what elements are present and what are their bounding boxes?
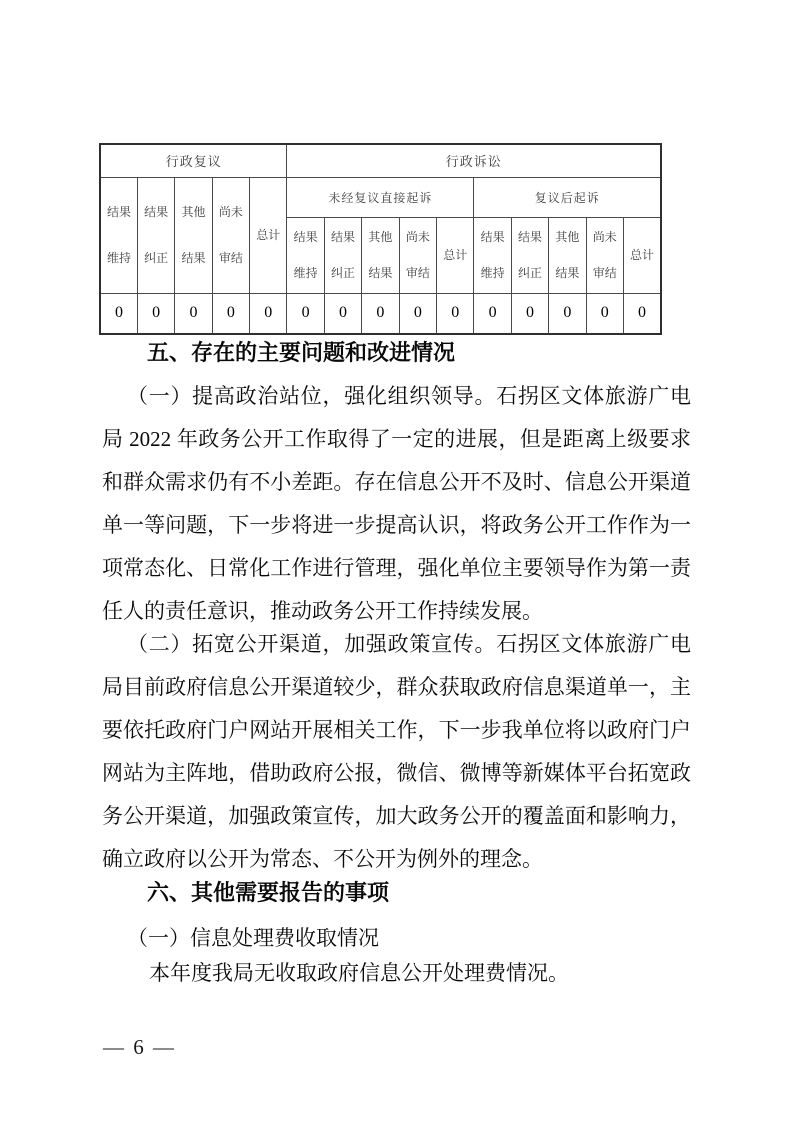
group-header-administrative-litigation: 行政诉讼	[287, 144, 661, 177]
page-number: — 6 —	[103, 1033, 176, 1061]
statistics-table: 行政复议 行政诉讼 结果 维持 结果 纠正 其他 结果 尚未 审结 总计 未经复…	[99, 143, 662, 335]
value-cell: 0	[437, 293, 474, 334]
header-result-upheld-after: 结果 维持	[474, 217, 511, 293]
header-total-after: 总计	[623, 217, 661, 293]
value-cell: 0	[137, 293, 174, 334]
header-total-direct: 总计	[437, 217, 474, 293]
value-cell: 0	[250, 293, 287, 334]
value-cell: 0	[100, 293, 137, 334]
group-header-administrative-reconsideration: 行政复议	[100, 144, 287, 177]
value-cell: 0	[212, 293, 249, 334]
header-result-corrected-after: 结果 纠正	[511, 217, 548, 293]
value-cell: 0	[324, 293, 361, 334]
section-6-paragraph-1: 本年度我局无收取政府信息公开处理费情况。	[102, 952, 691, 995]
value-cell: 0	[474, 293, 511, 334]
table-subgroup-header-row: 结果 维持 结果 纠正 其他 结果 尚未 审结 总计 未经复议直接起诉 复议后起…	[100, 177, 661, 217]
section-5-paragraph-2: （二）拓宽公开渠道，加强政策宣传。石拐区文体旅游广电局目前政府信息公开渠道较少，…	[102, 623, 691, 881]
header-not-concluded-after: 尚未 审结	[586, 217, 623, 293]
value-cell: 0	[399, 293, 436, 334]
value-cell: 0	[623, 293, 661, 334]
header-result-corrected-direct: 结果 纠正	[324, 217, 361, 293]
value-cell: 0	[287, 293, 324, 334]
document-page: 行政复议 行政诉讼 结果 维持 结果 纠正 其他 结果 尚未 审结 总计 未经复…	[0, 0, 793, 1122]
section-5-heading: 五、存在的主要问题和改进情况	[102, 332, 691, 375]
header-result-upheld-direct: 结果 维持	[287, 217, 324, 293]
value-cell: 0	[511, 293, 548, 334]
header-other-result-reconsideration: 其他 结果	[175, 177, 212, 293]
header-total-reconsideration: 总计	[250, 177, 287, 293]
header-not-concluded-reconsideration: 尚未 审结	[212, 177, 249, 293]
section-5-paragraph-1: （一）提高政治站位，强化组织领导。石拐区文体旅游广电局 2022 年政务公开工作…	[102, 375, 691, 633]
value-cell: 0	[362, 293, 399, 334]
header-result-corrected-reconsideration: 结果 纠正	[137, 177, 174, 293]
header-not-concluded-direct: 尚未 审结	[399, 217, 436, 293]
header-other-result-after: 其他 结果	[549, 217, 586, 293]
header-result-upheld-reconsideration: 结果 维持	[100, 177, 137, 293]
value-cell: 0	[586, 293, 623, 334]
value-cell: 0	[549, 293, 586, 334]
table-group-header-row: 行政复议 行政诉讼	[100, 144, 661, 177]
subgroup-header-lawsuit-after-reconsideration: 复议后起诉	[474, 177, 661, 217]
value-cell: 0	[175, 293, 212, 334]
section-6-heading: 六、其他需要报告的事项	[102, 872, 691, 915]
header-other-result-direct: 其他 结果	[362, 217, 399, 293]
table-value-row: 0 0 0 0 0 0 0 0 0 0 0 0 0 0 0	[100, 293, 661, 334]
subgroup-header-direct-lawsuit: 未经复议直接起诉	[287, 177, 474, 217]
